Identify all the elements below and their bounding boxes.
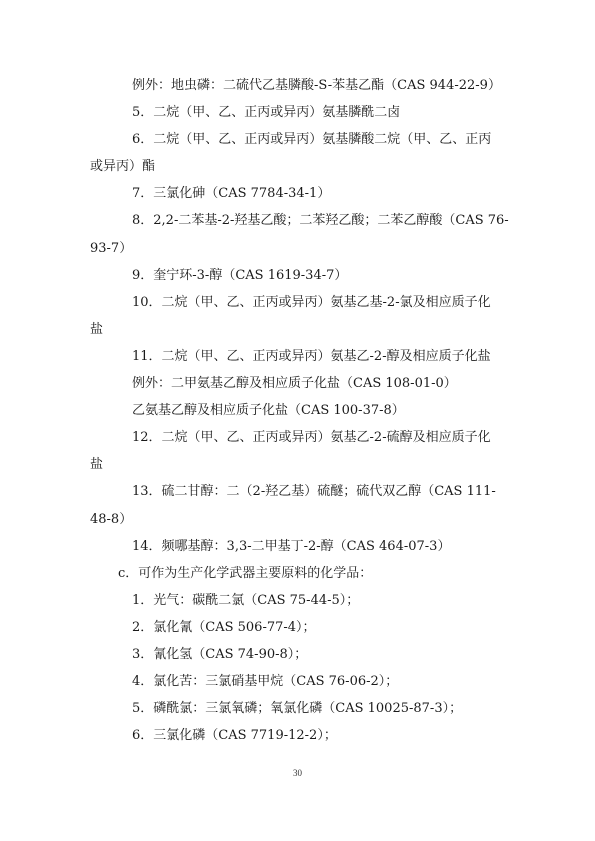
section-heading: c．可作为生产化学武器主要原料的化学品： xyxy=(90,560,508,587)
text-line: 2．氯化氰（CAS 506-77-4）； xyxy=(90,614,508,641)
text-line: 3．氰化氢（CAS 74-90-8）； xyxy=(90,641,508,668)
text-line: 例外：地虫磷：二硫代乙基膦酸-S-苯基乙酯（CAS 944-22-9） xyxy=(90,72,508,99)
page-number: 30 xyxy=(0,768,595,778)
text-line: 盐 xyxy=(90,316,508,343)
text-line: 14．频哪基醇：3,3-二甲基丁-2-醇（CAS 464-07-3） xyxy=(90,533,508,560)
text-line: 4．氯化苦：三氯硝基甲烷（CAS 76-06-2）； xyxy=(90,668,508,695)
text-line: 13．硫二甘醇：二（2-羟乙基）硫醚；硫代双乙醇（CAS 111- xyxy=(90,478,508,505)
text-line: 1．光气：碳酰二氯（CAS 75-44-5）； xyxy=(90,587,508,614)
text-line: 12．二烷（甲、乙、正丙或异丙）氨基乙-2-硫醇及相应质子化 xyxy=(90,424,508,451)
text-line: 7．三氯化砷（CAS 7784-34-1） xyxy=(90,180,508,207)
text-line: 乙氨基乙醇及相应质子化盐（CAS 100-37-8） xyxy=(90,397,508,424)
document-body: 例外：地虫磷：二硫代乙基膦酸-S-苯基乙酯（CAS 944-22-9） 5．二烷… xyxy=(90,72,508,749)
text-line: 8．2,2-二苯基-2-羟基乙酸；二苯羟乙酸；二苯乙醇酸（CAS 76- xyxy=(90,207,508,234)
text-line: 例外：二甲氨基乙醇及相应质子化盐（CAS 108-01-0） xyxy=(90,370,508,397)
text-line: 9．奎宁环-3-醇（CAS 1619-34-7） xyxy=(90,262,508,289)
text-line: 93-7） xyxy=(90,235,508,262)
text-line: 6．三氯化磷（CAS 7719-12-2）； xyxy=(90,722,508,749)
text-line: 5．磷酰氯：三氯氧磷；氧氯化磷（CAS 10025-87-3）； xyxy=(90,695,508,722)
text-line: 或异丙）酯 xyxy=(90,153,508,180)
text-line: 6．二烷（甲、乙、正丙或异丙）氨基膦酸二烷（甲、乙、正丙 xyxy=(90,126,508,153)
text-line: 11．二烷（甲、乙、正丙或异丙）氨基乙-2-醇及相应质子化盐 xyxy=(90,343,508,370)
text-line: 5．二烷（甲、乙、正丙或异丙）氨基膦酰二卤 xyxy=(90,99,508,126)
text-line: 盐 xyxy=(90,451,508,478)
text-line: 10．二烷（甲、乙、正丙或异丙）氨基乙基-2-氯及相应质子化 xyxy=(90,289,508,316)
document-page: 例外：地虫磷：二硫代乙基膦酸-S-苯基乙酯（CAS 944-22-9） 5．二烷… xyxy=(0,0,595,841)
text-line: 48-8） xyxy=(90,506,508,533)
